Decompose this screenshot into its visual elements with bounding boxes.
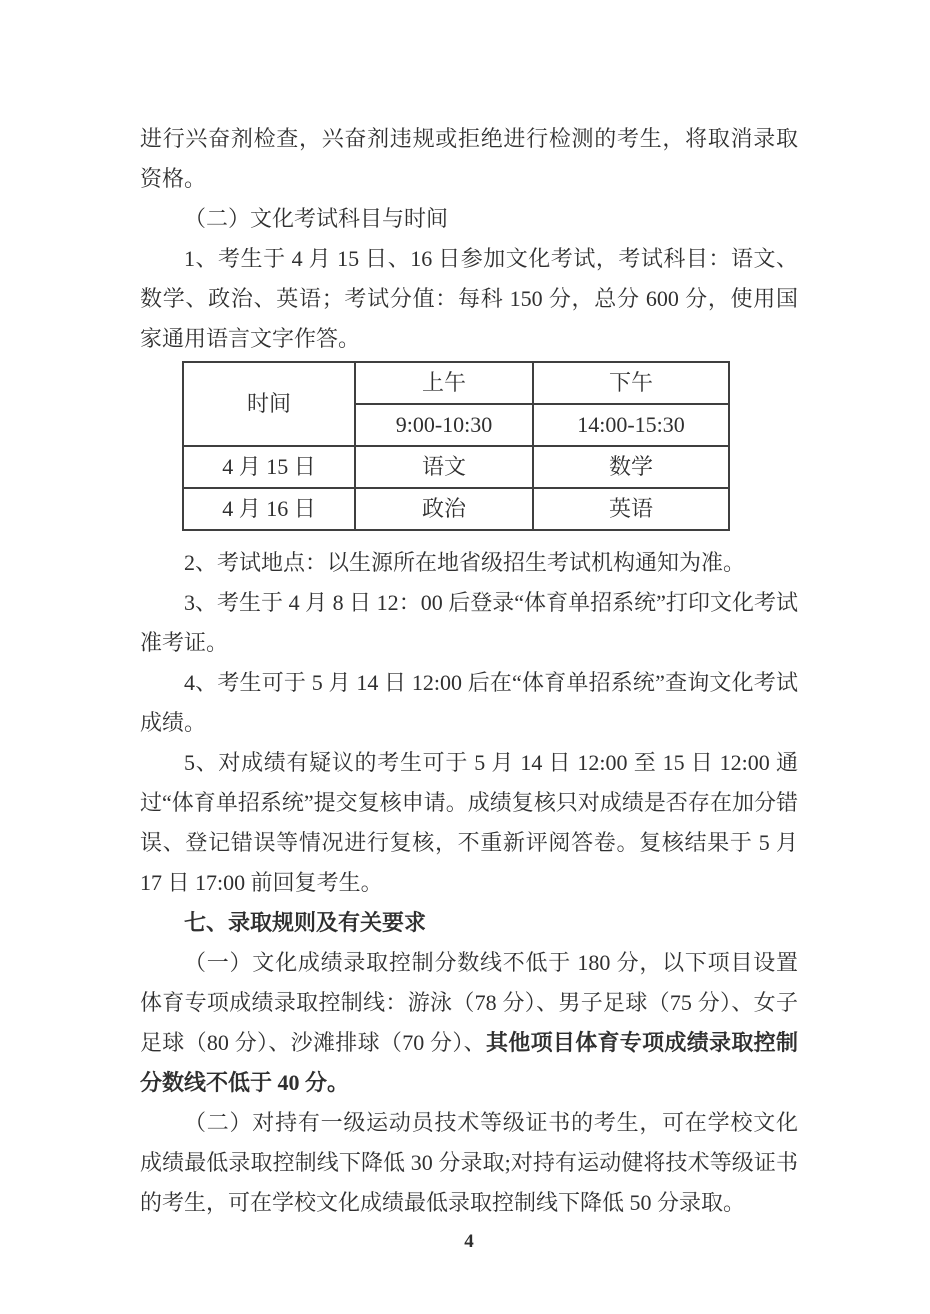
table-row-april16: 4 月 16 日 政治 英语 — [183, 488, 729, 530]
cell-april15-afternoon-subject: 数学 — [533, 446, 729, 488]
document-body: 进行兴奋剂检查，兴奋剂违规或拒绝进行检测的考生，将取消录取资格。 （二）文化考试… — [140, 119, 798, 1255]
heading-culture-exam-subjects: （二）文化考试科目与时间 — [140, 199, 798, 239]
paragraph-exam-location: 2、考试地点：以生源所在地省级招生考试机构通知为准。 — [140, 543, 798, 583]
paragraph-doping-continuation: 进行兴奋剂检查，兴奋剂违规或拒绝进行检测的考生，将取消录取资格。 — [140, 119, 798, 199]
page-number: 4 — [140, 1229, 798, 1255]
paragraph-exam-subjects: 1、考生于 4 月 15 日、16 日参加文化考试，考试科目：语文、数学、政治、… — [140, 239, 798, 359]
cell-april16-morning-subject: 政治 — [355, 488, 533, 530]
cell-april16-afternoon-subject: 英语 — [533, 488, 729, 530]
cell-morning-header: 上午 — [355, 362, 533, 404]
paragraph-admission-control-lines: （一）文化成绩录取控制分数线不低于 180 分，以下项目设置体育专项成绩录取控制… — [140, 943, 798, 1103]
table-row-april15: 4 月 15 日 语文 数学 — [183, 446, 729, 488]
paragraph-score-review: 5、对成绩有疑议的考生可于 5 月 14 日 12:00 至 15 日 12:0… — [140, 743, 798, 903]
cell-afternoon-header: 下午 — [533, 362, 729, 404]
cell-date-april15: 4 月 15 日 — [183, 446, 355, 488]
paragraph-query-scores: 4、考生可于 5 月 14 日 12:00 后在“体育单招系统”查询文化考试成绩… — [140, 663, 798, 743]
heading-admission-rules: 七、录取规则及有关要求 — [140, 903, 798, 943]
document-page: 进行兴奋剂检查，兴奋剂违规或拒绝进行检测的考生，将取消录取资格。 （二）文化考试… — [0, 0, 930, 1314]
cell-time-header: 时间 — [183, 362, 355, 446]
time-header-label: 时间 — [184, 383, 354, 425]
cell-date-april16: 4 月 16 日 — [183, 488, 355, 530]
cell-april15-morning-subject: 语文 — [355, 446, 533, 488]
exam-schedule-table: 时间 上午 下午 9:00-10:30 14:00-15:30 4 月 15 日… — [182, 361, 730, 531]
paragraph-score-reduction-policy: （二）对持有一级运动员技术等级证书的考生，可在学校文化成绩最低录取控制线下降低 … — [140, 1103, 798, 1223]
paragraph-print-admission-ticket: 3、考生于 4 月 8 日 12：00 后登录“体育单招系统”打印文化考试准考证… — [140, 583, 798, 663]
table-header-row: 时间 上午 下午 — [183, 362, 729, 404]
cell-morning-time: 9:00-10:30 — [355, 404, 533, 446]
cell-afternoon-time: 14:00-15:30 — [533, 404, 729, 446]
